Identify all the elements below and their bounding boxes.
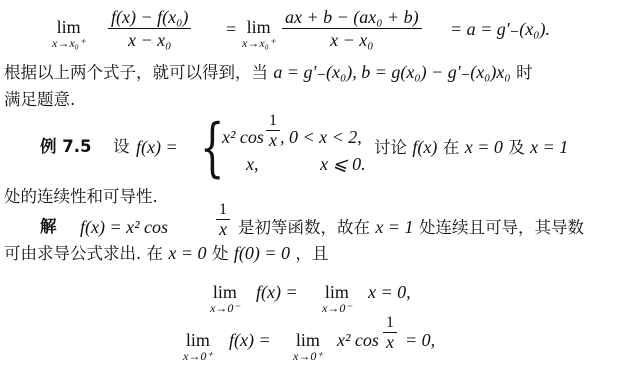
text: 处 — [212, 244, 229, 263]
text: 讨论 — [374, 138, 407, 157]
text: 在 — [443, 138, 460, 157]
fraction-numerator: 1 — [383, 314, 397, 333]
difference-quotient: ax + b − (ax₀ + b) x − x₀ — [282, 6, 422, 51]
one-over-x: 1 x — [216, 201, 230, 238]
case2-condition: x ⩽ 0. — [320, 154, 366, 174]
equation-tail: = a = g′₋(x₀). — [450, 19, 550, 39]
fraction-denominator: x — [383, 333, 397, 351]
condition-math: a = g′₋(x₀), b = g(x₀) − g′₋(x₀)x₀ — [273, 62, 510, 82]
example-7-5: 例 7.5 设 f(x) = { x² cos 1 x , 0 < x < 2,… — [0, 110, 634, 190]
text: 根据以上两个式子，就可以得到，当 — [4, 63, 268, 82]
lim-text: lim — [210, 282, 240, 302]
function-value: f(x) = — [229, 330, 271, 350]
solution: 解 f(x) = x² cos 1 x 是初等函数，故在 x = 1 处连续且可… — [0, 205, 634, 265]
lim-subscript: x→0⁻ — [210, 302, 240, 314]
text: 时 — [516, 63, 533, 82]
text: ，且 — [295, 244, 328, 263]
paragraph-conclusion: 根据以上两个式子，就可以得到，当 a = g′₋(x₀), b = g(x₀) … — [4, 62, 533, 83]
math: x = 1 — [375, 217, 413, 237]
fraction-denominator: x − x₀ — [282, 29, 422, 51]
lim-subscript: x→0⁺ — [183, 350, 213, 362]
one-over-x: 1 x — [383, 314, 397, 351]
lim-text: lim — [242, 17, 275, 37]
lim-text: lim — [293, 330, 323, 350]
lim-subscript: x→x₀⁺ — [242, 37, 275, 49]
math: x = 1 — [530, 137, 568, 157]
equals-sign: = — [226, 19, 236, 39]
lim-text: lim — [322, 282, 352, 302]
limit-operator: lim x→x₀⁺ — [242, 17, 275, 49]
fraction-numerator: ax + b − (ax₀ + b) — [282, 6, 422, 29]
limit-operator: lim x→x₀⁺ — [52, 17, 85, 49]
function-value: f(x) = — [256, 282, 298, 302]
text: 及 — [508, 138, 525, 157]
case1-condition: , 0 < x < 2, — [280, 127, 362, 147]
function-expression: f(x) = x² cos — [80, 217, 168, 237]
solution-line2: 可由求导公式求出. 在 x = 0 处 f(0) = 0 ，且 — [4, 243, 328, 264]
text: 是初等函数，故在 — [238, 218, 370, 237]
equation-tail: = 0, — [405, 330, 435, 350]
fraction-numerator: 1 — [266, 112, 280, 131]
lim-subscript: x→0⁻ — [322, 302, 352, 314]
text: 可由求导公式求出. 在 — [4, 244, 163, 263]
math: x = 0 — [465, 137, 503, 157]
lim-subscript: x→x₀⁺ — [52, 37, 85, 49]
paragraph-conclusion-line2: 满足题意. — [4, 90, 75, 110]
function-expression: x² cos — [337, 330, 379, 350]
lim-subscript: x→0⁺ — [293, 350, 323, 362]
example-question: 讨论 f(x) 在 x = 0 及 x = 1 — [374, 137, 568, 158]
lim-text: lim — [183, 330, 213, 350]
piecewise-brace: { — [200, 116, 224, 180]
case2-expression: x, — [246, 154, 259, 174]
limit-operator: lim x→0⁻ — [210, 282, 240, 314]
limit-operator: lim x→0⁻ — [322, 282, 352, 314]
function-name: f(x) = — [136, 137, 178, 157]
example-label: 例 7.5 — [40, 137, 91, 157]
fraction-numerator: f(x) − f(x₀) — [108, 6, 191, 29]
solution-label: 解 — [40, 217, 57, 237]
case1-expression: x² cos — [222, 127, 264, 147]
fraction-numerator: 1 — [216, 201, 230, 220]
limit-operator: lim x→0⁺ — [293, 330, 323, 362]
fraction-denominator: x — [216, 220, 230, 238]
fraction-denominator: x − x₀ — [108, 29, 191, 51]
one-over-x: 1 x — [266, 112, 280, 149]
math: x = 0 — [168, 243, 206, 263]
difference-quotient: f(x) − f(x₀) x − x₀ — [108, 6, 191, 51]
math: f(0) = 0 — [234, 243, 290, 263]
limit-operator: lim x→0⁺ — [183, 330, 213, 362]
text: 处连续且可导，其导数 — [419, 218, 584, 237]
text: 设 — [113, 137, 130, 157]
equation-tail: x = 0, — [368, 282, 411, 302]
example-question-line2: 处的连续性和可导性. — [4, 187, 158, 207]
math: f(x) — [412, 137, 437, 157]
fraction-denominator: x — [266, 131, 280, 149]
solution-text: 是初等函数，故在 x = 1 处连续且可导，其导数 — [238, 217, 584, 238]
lim-text: lim — [52, 17, 85, 37]
